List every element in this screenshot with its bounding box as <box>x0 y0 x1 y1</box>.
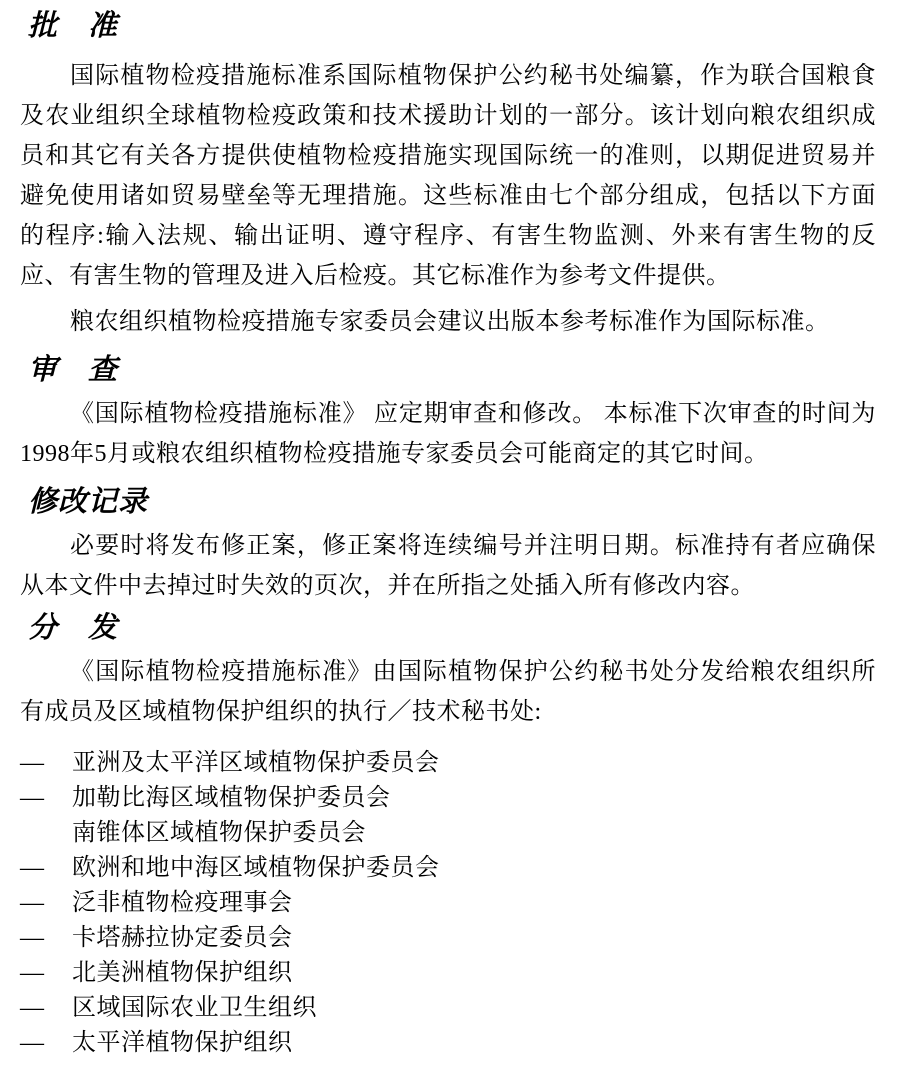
section-approval: 批 准国际植物检疫措施标准系国际植物保护公约秘书处编纂，作为联合国粮食及农业组织… <box>20 8 876 342</box>
paragraph: 《国际植物检疫措施标准》 应定期审查和修改。 本标准下次审查的时间为1998年5… <box>20 394 876 474</box>
list-item-text: 南锥体区域植物保护委员会 <box>72 816 876 851</box>
list-item-text: 区域国际农业卫生组织 <box>72 991 876 1026</box>
list-item: —加勒比海区域植物保护委员会 <box>20 781 876 816</box>
list-item-text: 亚洲及太平洋区域植物保护委员会 <box>72 746 876 781</box>
list-item-dash: — <box>20 886 72 921</box>
list-item-dash: — <box>20 991 72 1026</box>
document-page: 批 准国际植物检疫措施标准系国际植物保护公约秘书处编纂，作为联合国粮食及农业组织… <box>0 0 900 1068</box>
list-item: —区域国际农业卫生组织 <box>20 991 876 1026</box>
paragraph: 粮农组织植物检疫措施专家委员会建议出版本参考标准作为国际标准。 <box>20 302 876 342</box>
paragraph: 必要时将发布修正案，修正案将连续编号并注明日期。标准持有者应确保从本文件中去掉过… <box>20 526 876 606</box>
list-item-dash: — <box>20 746 72 781</box>
list-item-text: 太平洋植物保护组织 <box>72 1026 876 1061</box>
list-item-text: 泛非植物检疫理事会 <box>72 886 876 921</box>
list-item: —欧洲和地中海区域植物保护委员会 <box>20 851 876 886</box>
list-item: —卡塔赫拉协定委员会 <box>20 921 876 956</box>
list-item-dash: — <box>20 921 72 956</box>
list-item: —太平洋植物保护组织 <box>20 1026 876 1061</box>
paragraph: 《国际植物检疫措施标准》由国际植物保护公约秘书处分发给粮农组织所有成员及区域植物… <box>20 652 876 732</box>
list-item: 南锥体区域植物保护委员会 <box>20 816 876 851</box>
list-item-text: 北美洲植物保护组织 <box>72 956 876 991</box>
section-heading: 批 准 <box>28 8 876 44</box>
list-item-dash: — <box>20 956 72 991</box>
list-item-dash: — <box>20 781 72 816</box>
section-heading: 审 查 <box>28 352 876 388</box>
paragraph: 国际植物检疫措施标准系国际植物保护公约秘书处编纂，作为联合国粮食及农业组织全球植… <box>20 56 876 296</box>
section-distribution: 分 发《国际植物检疫措施标准》由国际植物保护公约秘书处分发给粮农组织所有成员及区… <box>20 610 876 1061</box>
section-amendments: 修改记录必要时将发布修正案，修正案将连续编号并注明日期。标准持有者应确保从本文件… <box>20 484 876 606</box>
list-item-text: 卡塔赫拉协定委员会 <box>72 921 876 956</box>
distribution-list: —亚洲及太平洋区域植物保护委员会—加勒比海区域植物保护委员会南锥体区域植物保护委… <box>20 746 876 1061</box>
section-heading: 分 发 <box>28 610 876 646</box>
list-item-dash: — <box>20 851 72 886</box>
section-heading: 修改记录 <box>28 484 876 520</box>
section-review: 审 查《国际植物检疫措施标准》 应定期审查和修改。 本标准下次审查的时间为199… <box>20 352 876 474</box>
list-item: —北美洲植物保护组织 <box>20 956 876 991</box>
list-item-dash: — <box>20 1026 72 1061</box>
list-item: —泛非植物检疫理事会 <box>20 886 876 921</box>
list-item: —亚洲及太平洋区域植物保护委员会 <box>20 746 876 781</box>
list-item-text: 欧洲和地中海区域植物保护委员会 <box>72 851 876 886</box>
list-item-text: 加勒比海区域植物保护委员会 <box>72 781 876 816</box>
